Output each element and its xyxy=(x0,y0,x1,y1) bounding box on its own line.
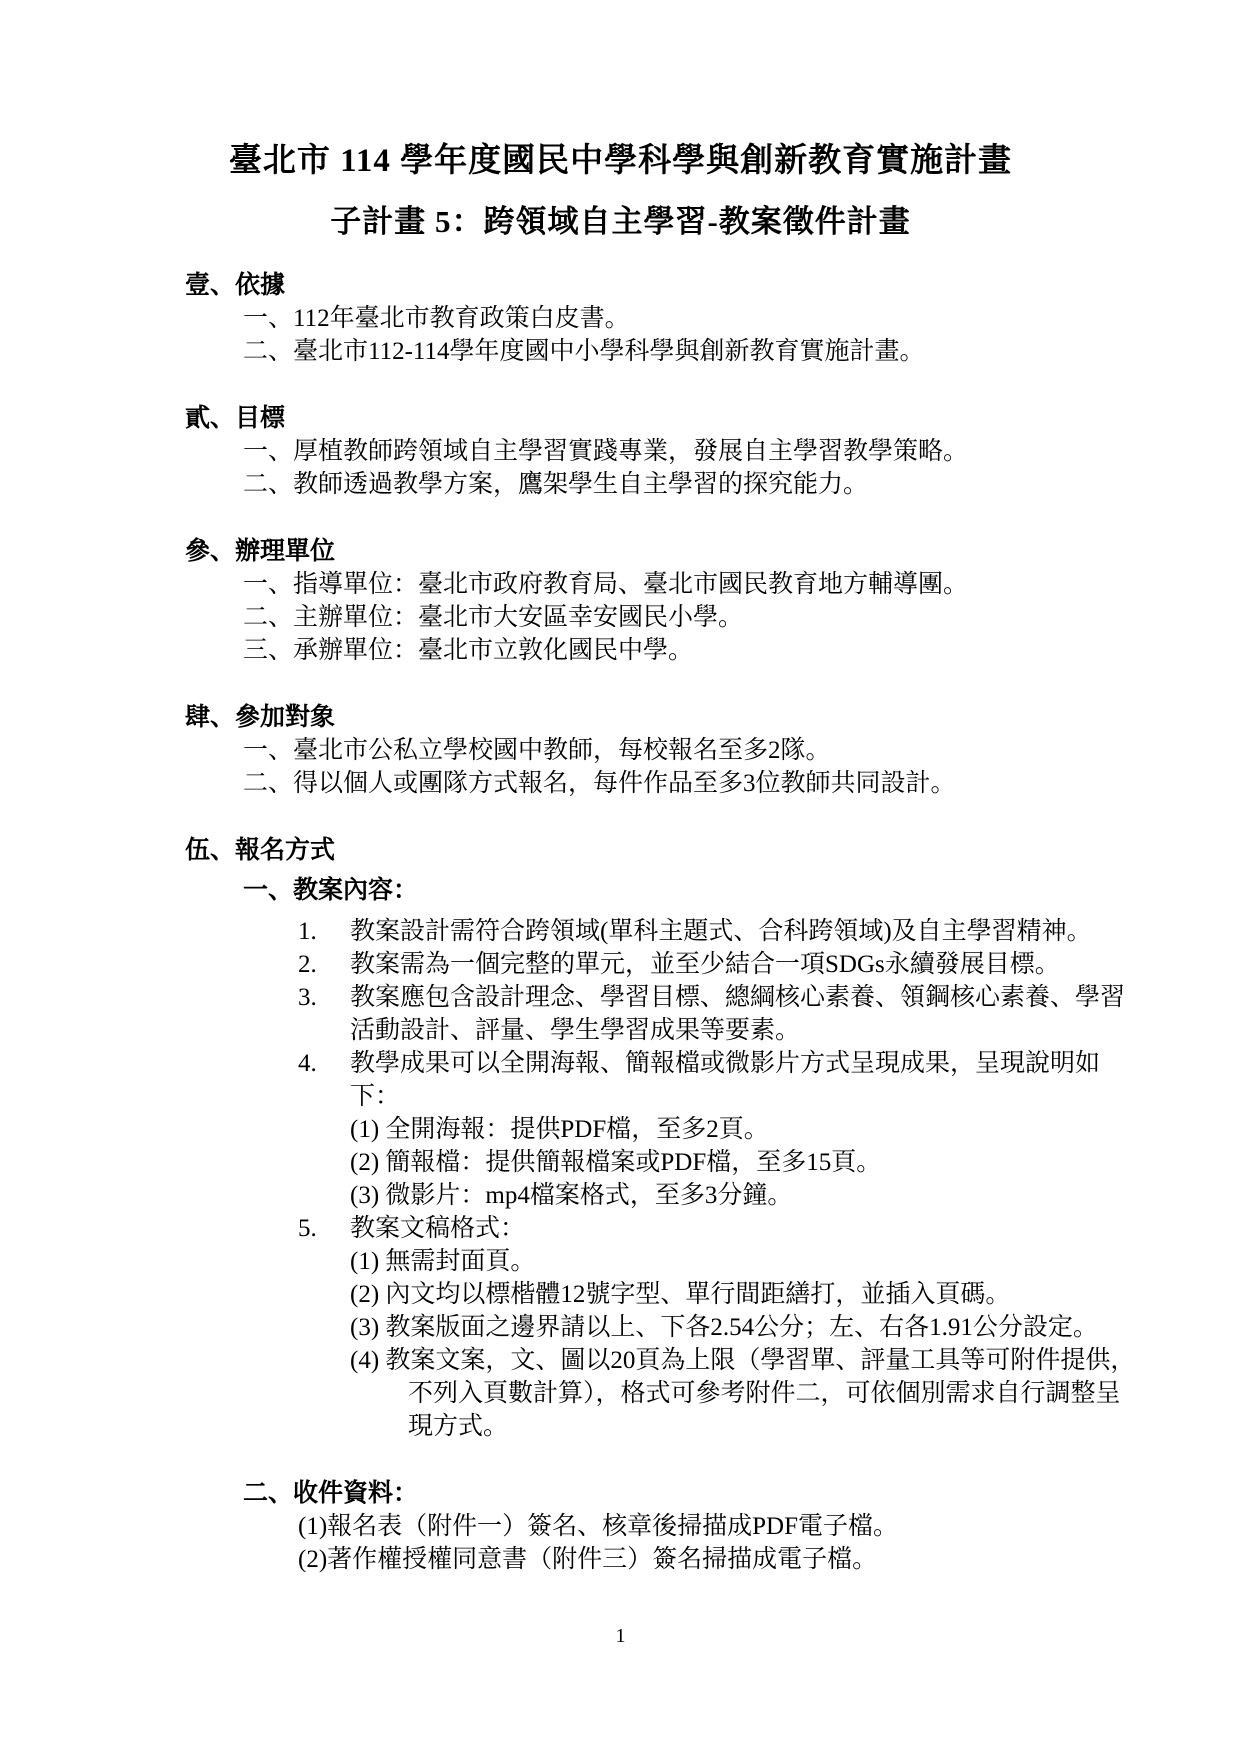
numbered-item: 5. 教案文稿格式： xyxy=(298,1212,1141,1245)
section-heading-2: 貳、目標 xyxy=(185,402,1141,435)
list-item: 一、厚植教師跨領域自主學習實踐專業，發展自主學習教學策略。 xyxy=(243,435,1141,468)
list-item: 一、臺北市公私立學校國中教師，每校報名至多2隊。 xyxy=(243,734,1141,767)
list-item: 一、112年臺北市教育政策白皮書。 xyxy=(243,302,1141,335)
numbered-item: 3. 教案應包含設計理念、學習目標、總綱核心素養、領鋼核心素養、學習活動設計、評… xyxy=(298,981,1141,1047)
page-number: 1 xyxy=(0,1625,1241,1647)
doc-title: 臺北市 114 學年度國民中學科學與創新教育實施計畫 xyxy=(0,141,1241,181)
numbered-item-number: 5. xyxy=(298,1212,350,1245)
section-heading-3: 參、辦理單位 xyxy=(185,535,1141,568)
sub-item: (3) 教案版面之邊界請以上、下各2.54公分；左、右各1.91公分設定。 xyxy=(350,1311,1141,1344)
document-page: 臺北市 114 學年度國民中學科學與創新教育實施計畫 子計畫 5：跨領域自主學習… xyxy=(0,0,1241,1755)
numbered-item-text: 教案需為一個完整的單元，並至少結合一項SDGs永續發展目標。 xyxy=(350,948,1141,981)
subsection-heading-lesson-content: 一、教案內容： xyxy=(243,874,1141,907)
sub-item: (1)報名表（附件一）簽名、核章後掃描成PDF電子檔。 xyxy=(298,1510,1141,1543)
numbered-item-number: 3. xyxy=(298,981,350,1047)
list-item: 三、承辦單位：臺北市立敦化國民中學。 xyxy=(243,634,1141,667)
doc-subtitle: 子計畫 5：跨領域自主學習-教案徵件計畫 xyxy=(0,203,1241,241)
list-item: 二、教師透過教學方案，鷹架學生自主學習的探究能力。 xyxy=(243,468,1141,501)
list-item: 一、指導單位：臺北市政府教育局、臺北市國民教育地方輔導團。 xyxy=(243,568,1141,601)
subsection-heading-submission-materials: 二、收件資料： xyxy=(243,1477,1141,1510)
sub-item: (1) 無需封面頁。 xyxy=(350,1245,1141,1278)
numbered-item: 1. 教案設計需符合跨領域(單科主題式、合科跨領域)及自主學習精神。 xyxy=(298,915,1141,948)
list-item: 二、得以個人或團隊方式報名，每件作品至多3位教師共同設計。 xyxy=(243,767,1141,800)
numbered-item-number: 4. xyxy=(298,1047,350,1113)
section-heading-5: 伍、報名方式 xyxy=(185,834,1141,867)
sub-item: (2) 簡報檔：提供簡報檔案或PDF檔，至多15頁。 xyxy=(350,1146,1141,1179)
list-item: 二、臺北市112-114學年度國中小學科學與創新教育實施計畫。 xyxy=(243,335,1141,368)
numbered-item-number: 1. xyxy=(298,915,350,948)
numbered-item: 2. 教案需為一個完整的單元，並至少結合一項SDGs永續發展目標。 xyxy=(298,948,1141,981)
numbered-item-text: 教學成果可以全開海報、簡報檔或微影片方式呈現成果，呈現說明如下： xyxy=(350,1047,1141,1113)
section-heading-1: 壹、依據 xyxy=(185,269,1141,302)
numbered-item-text: 教案應包含設計理念、學習目標、總綱核心素養、領鋼核心素養、學習活動設計、評量、學… xyxy=(350,981,1141,1047)
sub-item: (1) 全開海報：提供PDF檔，至多2頁。 xyxy=(350,1113,1141,1146)
numbered-item-number: 2. xyxy=(298,948,350,981)
sub-item: (2)著作權授權同意書（附件三）簽名掃描成電子檔。 xyxy=(298,1543,1141,1576)
list-item: 二、主辦單位：臺北市大安區幸安國民小學。 xyxy=(243,601,1141,634)
sub-item: (2) 內文均以標楷體12號字型、單行間距繕打，並插入頁碼。 xyxy=(350,1278,1141,1311)
doc-body: 壹、依據 一、112年臺北市教育政策白皮書。 二、臺北市112-114學年度國中… xyxy=(0,269,1241,1576)
numbered-item-text: 教案設計需符合跨領域(單科主題式、合科跨領域)及自主學習精神。 xyxy=(350,915,1141,948)
numbered-item: 4. 教學成果可以全開海報、簡報檔或微影片方式呈現成果，呈現說明如下： xyxy=(298,1047,1141,1113)
numbered-item-text: 教案文稿格式： xyxy=(350,1212,1141,1245)
sub-item: (3) 微影片：mp4檔案格式，至多3分鐘。 xyxy=(350,1179,1141,1212)
sub-item: (4) 教案文案，文、圖以20頁為上限（學習單、評量工具等可附件提供，不列入頁數… xyxy=(350,1344,1141,1443)
section-heading-4: 肆、參加對象 xyxy=(185,701,1141,734)
